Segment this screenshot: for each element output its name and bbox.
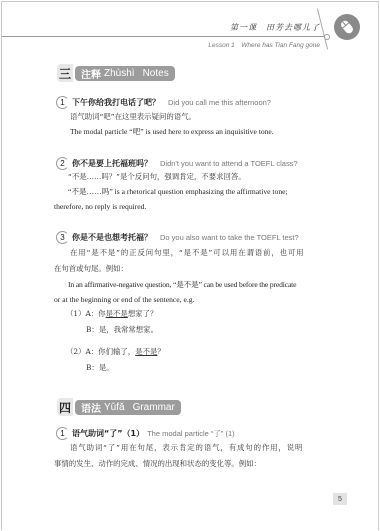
grammar-1-explain-cn-2: 事情的发生、动作的完成、情况的出现和状态的变化等。例如：: [54, 458, 261, 469]
section-title-cn: 注释: [81, 66, 101, 81]
grammar-1-explain-cn-1: 语气助词“了”用在句尾，表示肯定的语气，有成句的作用，说明: [70, 442, 303, 453]
page-number: 5: [333, 493, 347, 505]
example-label: （1）A：: [66, 309, 98, 318]
example-text: 是，我常常想家。: [99, 325, 158, 334]
example-text: 你们输了，: [98, 347, 135, 356]
note-1-explain-en: The modal particle “吧” is used here to e…: [70, 126, 274, 137]
example-2-b: B：是。: [86, 362, 114, 373]
note-3-explain-cn-2: 在句首或句尾。例如：: [54, 263, 128, 274]
mouse-icon: [334, 14, 360, 40]
section-title-pinyin: Yǔfǎ: [104, 402, 125, 413]
section-title-pill: 语法 Yǔfǎ Grammar: [75, 400, 181, 415]
notes-section-header: 三 注释 Zhùshì Notes: [57, 64, 175, 82]
note-1-explain-cn: 语气助词“吧”在这里表示疑问的语气。: [70, 111, 196, 122]
example-label: （2）A：: [66, 347, 98, 356]
note-2-explain-en-1: “不是……吗” is a rhetorical question emphasi…: [68, 186, 288, 197]
grammar-1-heading: 1 语气助词“了”（1） The modal particle “了” (1): [56, 427, 235, 440]
grammar-title-cn: 语气助词“了”（1）: [72, 428, 144, 439]
note-number: 1: [56, 96, 69, 109]
note-2-explain-en-2: therefore, no reply is required.: [54, 201, 146, 212]
lesson-title-cn: 第一课 田芳去哪儿了: [230, 22, 320, 33]
note-question-cn: 下午你给我打电话了吧？: [72, 97, 160, 108]
note-1-heading: 1 下午你给我打电话了吧？ Did you call me this after…: [56, 96, 271, 109]
grammar-number: 1: [56, 427, 69, 440]
example-text: 你: [98, 309, 105, 318]
note-question-cn: 你是不是也想考托福？: [72, 232, 152, 243]
section-title-en: Grammar: [133, 402, 175, 413]
underlined-text: 是不是: [106, 309, 128, 318]
example-1-a: （1）A：你是不是想家了？: [66, 308, 157, 319]
note-question-cn: 你不是要上托福班吗？: [72, 158, 152, 169]
example-label: B：: [86, 325, 99, 334]
header-node: [324, 34, 330, 40]
section-title-en: Notes: [143, 68, 169, 79]
example-text: 想家了？: [128, 309, 158, 318]
lesson-title-en: Lesson 1 Where has Tian Fang gone: [208, 40, 320, 49]
grammar-title-en: The modal particle “了” (1): [147, 428, 235, 439]
note-2-explain-cn: “不是……吗？”是个反问句，强调肯定，不要求回答。: [68, 171, 246, 182]
example-text: 是。: [99, 363, 114, 372]
note-number: 2: [56, 157, 69, 170]
note-number: 3: [56, 231, 69, 244]
header-rule: [2, 36, 327, 37]
note-question-en: Do you also want to take the TOEFL test?: [160, 233, 299, 242]
note-question-en: Didn't you want to attend a TOEFL class?: [160, 159, 298, 168]
example-label: B：: [86, 363, 99, 372]
grammar-section-header: 四 语法 Yǔfǎ Grammar: [57, 398, 181, 416]
example-text: ？: [157, 347, 164, 356]
note-question-en: Did you call me this afternoon?: [168, 98, 271, 107]
section-number: 四: [57, 398, 73, 416]
example-1-b: B：是，我常常想家。: [86, 324, 158, 335]
section-title-pinyin: Zhùshì: [104, 68, 135, 79]
section-title-pill: 注释 Zhùshì Notes: [75, 66, 175, 81]
note-3-explain-en-2: or at the beginning or end of the senten…: [54, 294, 194, 305]
textbook-page: 第一课 田芳去哪儿了 Lesson 1 Where has Tian Fang …: [1, 1, 379, 530]
underlined-text: 是不是: [135, 347, 157, 356]
section-number: 三: [57, 64, 73, 82]
note-3-heading: 3 你是不是也想考托福？ Do you also want to take th…: [56, 231, 299, 244]
section-title-cn: 语法: [81, 400, 101, 415]
note-2-heading: 2 你不是要上托福班吗？ Didn't you want to attend a…: [56, 157, 298, 170]
example-2-a: （2）A：你们输了，是不是？: [66, 346, 165, 357]
note-3-explain-en-1: In an affirmative-negative question, “是不…: [68, 279, 296, 290]
note-3-explain-cn-1: 在用“是不是”的正反问句里，“是不是”可以用在谓语前，也可用: [70, 247, 304, 258]
